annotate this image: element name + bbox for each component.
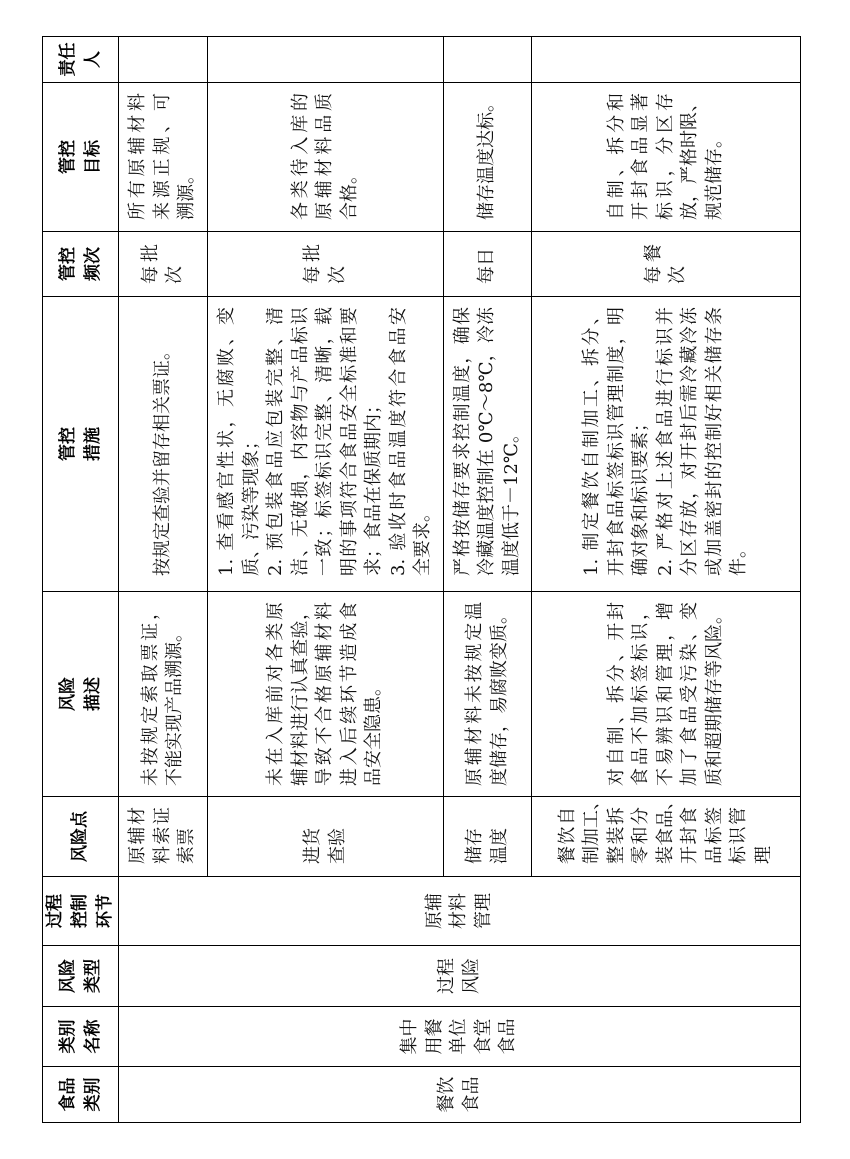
header-line: 人 <box>81 37 106 82</box>
cell-control-frequency: 每日 <box>444 232 532 297</box>
cell-risk-point: 原辅材 料索证 索票 <box>119 797 208 877</box>
text-line: 不能实现产品溯源。 <box>163 602 188 786</box>
text-line: 索票 <box>175 807 200 864</box>
cell-responsible-person <box>532 37 801 83</box>
text-line: 度储存，易腐败变质。 <box>488 602 513 786</box>
text-line: 理 <box>752 807 777 864</box>
header-line: 风险 <box>56 946 81 1006</box>
text-line: 原辅材 <box>126 807 151 864</box>
header-line: 环节 <box>93 877 118 945</box>
text-line: 合格。 <box>338 93 363 220</box>
header-line: 过程 <box>43 877 68 945</box>
text-line: 2. 预包装食品应包装完整、清 <box>264 307 289 576</box>
text-line: 每批 <box>139 244 164 284</box>
cell-control-measures: 1. 查看感官性状，无腐败、变 质、污染等现象； 2. 预包装食品应包装完整、清… <box>208 297 444 592</box>
cell-control-target: 所有原辅材料 来源正规、可 溯源。 <box>119 83 208 232</box>
text-line: 每批 <box>301 244 326 284</box>
text-line: 食品不加标签标识， <box>629 602 654 786</box>
header-category-name: 类别 名称 <box>43 1007 119 1067</box>
text-line: 温度低于－12℃。 <box>500 307 525 576</box>
header-line: 类型 <box>81 946 106 1006</box>
text-line: 确对象和标识要素； <box>629 307 654 576</box>
header-row: 食品 类别 类别 名称 风险 类型 过程 控制 环节 风险点 风险 描述 管控 … <box>43 37 119 1123</box>
text-line: 规范储存。 <box>703 93 728 220</box>
header-line: 食品 <box>56 1067 81 1122</box>
text-line: 1. 制定餐饮自制加工、拆分、 <box>580 307 605 576</box>
text-line: 或加盖密封的控制好相关储存条 <box>703 307 728 576</box>
header-line: 措施 <box>81 297 106 591</box>
cell-responsible-person <box>208 37 444 83</box>
cell-responsible-person <box>444 37 532 83</box>
text-line: 风险 <box>460 950 485 1002</box>
header-line: 风险 <box>56 592 81 796</box>
text-line: 餐饮 <box>435 1071 460 1118</box>
text-line: 开封食品显著 <box>629 93 654 220</box>
cell-risk-type: 过程 风险 <box>119 946 801 1007</box>
text-line: 用餐 <box>423 1011 448 1062</box>
text-line: 不易辨识和管理，增 <box>654 602 679 786</box>
cell-control-frequency: 每批 次 <box>119 232 208 297</box>
header-line: 频次 <box>81 232 106 296</box>
header-line: 管控 <box>56 297 81 591</box>
cell-control-frequency: 每餐 次 <box>532 232 801 297</box>
text-line: 加了食品受污染、变 <box>678 602 703 786</box>
text-line: 溯源。 <box>175 93 200 220</box>
cell-category-name: 集中 用餐 单位 食堂 食品 <box>119 1007 801 1067</box>
document-page: 食品 类别 类别 名称 风险 类型 过程 控制 环节 风险点 风险 描述 管控 … <box>0 0 850 1159</box>
cell-risk-description: 对自制、拆分、开封 食品不加标签标识， 不易辨识和管理，增 加了食品受污染、变 … <box>532 592 801 797</box>
table-row: 餐饮 食品 集中 用餐 单位 食堂 食品 过程 风险 原辅 材料 管理 原辅材 … <box>119 37 208 1123</box>
text-line: 明的事项符合食品安全标准和要 <box>338 307 363 576</box>
text-line: 装食品、 <box>654 807 679 864</box>
risk-control-table: 食品 类别 类别 名称 风险 类型 过程 控制 环节 风险点 风险 描述 管控 … <box>42 36 801 1123</box>
header-risk-type: 风险 类型 <box>43 946 119 1007</box>
text-line: 开封食 <box>678 807 703 864</box>
header-line: 风险点 <box>68 797 93 876</box>
text-line: 材料 <box>447 881 472 941</box>
text-line: 未在入库前对各类原 <box>264 602 289 786</box>
header-line: 控制 <box>68 877 93 945</box>
header-line: 类别 <box>56 1007 81 1066</box>
cell-control-measures: 1. 制定餐饮自制加工、拆分、 开封食品标签标识管理制度，明 确对象和标识要素；… <box>532 297 801 592</box>
text-line: 单位 <box>447 1011 472 1062</box>
text-line: 进货 <box>301 807 326 864</box>
cell-control-target: 储存温度达标。 <box>444 83 532 232</box>
header-control-measures: 管控 措施 <box>43 297 119 592</box>
cell-process-step: 原辅 材料 管理 <box>119 877 801 946</box>
text-line: 分区存放，对开封后需冷藏冷冻 <box>678 307 703 576</box>
text-line: 进入后续环节造成食 <box>338 602 363 786</box>
cell-control-measures: 按规定查验并留存相关票证。 <box>119 297 208 592</box>
text-line: 标识管 <box>727 807 752 864</box>
text-line: 1. 查看感官性状，无腐败、变 <box>215 307 240 576</box>
text-line: 导致不合格原辅材料 <box>313 602 338 786</box>
header-line: 类别 <box>81 1067 106 1122</box>
text-line: 放，严格时限、 <box>678 93 703 220</box>
text-line: 储存温度达标。 <box>475 93 500 220</box>
header-line: 责任 <box>56 37 81 82</box>
text-line: 每日 <box>475 244 500 284</box>
text-line: 质和超期储存等风险。 <box>703 602 728 786</box>
header-risk-description: 风险 描述 <box>43 592 119 797</box>
text-line: 查验 <box>326 807 351 864</box>
header-process-step: 过程 控制 环节 <box>43 877 119 946</box>
text-line: 严格按储存要求控制温度，确保 <box>451 307 476 576</box>
text-line: 品安全隐患。 <box>362 602 387 786</box>
cell-risk-point: 餐饮自 制加工、 整装拆 零和分 装食品、 开封食 品标签 标识管 理 <box>532 797 801 877</box>
text-line: 一致；标签标识完整、清晰，载 <box>313 307 338 576</box>
text-line: 次 <box>163 244 188 284</box>
cell-control-frequency: 每批 次 <box>208 232 444 297</box>
text-line: 全要求。 <box>411 307 436 576</box>
cell-control-measures: 严格按储存要求控制温度，确保 冷藏温度控制在 0℃～8℃，冷冻 温度低于－12℃… <box>444 297 532 592</box>
text-line: 整装拆 <box>605 807 630 864</box>
cell-food-category: 餐饮 食品 <box>119 1067 801 1123</box>
text-line: 管理 <box>472 881 497 941</box>
header-responsible-person: 责任 人 <box>43 37 119 83</box>
text-line: 自制、拆分和 <box>605 93 630 220</box>
text-line: 按规定查验并留存相关票证。 <box>151 307 176 576</box>
text-line: 餐饮自 <box>556 807 581 864</box>
header-line: 管控 <box>56 83 81 231</box>
text-line: 料索证 <box>151 807 176 864</box>
header-line: 管控 <box>56 232 81 296</box>
text-line: 来源正规、可 <box>151 93 176 220</box>
text-line: 辅材料进行认真查验， <box>289 602 314 786</box>
cell-control-target: 各类待入库的 原辅材料品质 合格。 <box>208 83 444 232</box>
text-line: 温度 <box>488 807 513 864</box>
header-control-frequency: 管控 频次 <box>43 232 119 297</box>
text-line: 对自制、拆分、开封 <box>605 602 630 786</box>
text-line: 所有原辅材料 <box>126 93 151 220</box>
text-line: 食堂 <box>472 1011 497 1062</box>
text-line: 食品 <box>460 1071 485 1118</box>
cell-risk-description: 未按规定索取票证， 不能实现产品溯源。 <box>119 592 208 797</box>
text-line: 件。 <box>727 307 752 576</box>
text-line: 零和分 <box>629 807 654 864</box>
cell-risk-point: 储存 温度 <box>444 797 532 877</box>
header-control-target: 管控 目标 <box>43 83 119 232</box>
header-line: 名称 <box>81 1007 106 1066</box>
text-line: 原辅材料品质 <box>313 93 338 220</box>
text-line: 食品 <box>496 1011 521 1062</box>
text-line: 2. 严格对上述食品进行标识并 <box>654 307 679 576</box>
text-line: 各类待入库的 <box>289 93 314 220</box>
text-line: 标识，分区存 <box>654 93 679 220</box>
header-food-category: 食品 类别 <box>43 1067 119 1123</box>
text-line: 原辅材料未按规定温 <box>463 602 488 786</box>
cell-risk-description: 原辅材料未按规定温 度储存，易腐败变质。 <box>444 592 532 797</box>
text-line: 3. 验收时食品温度符合食品安 <box>387 307 412 576</box>
header-line: 描述 <box>81 592 106 796</box>
text-line: 每餐 <box>642 244 667 284</box>
text-line: 开封食品标签标识管理制度，明 <box>605 307 630 576</box>
cell-risk-description: 未在入库前对各类原 辅材料进行认真查验， 导致不合格原辅材料 进入后续环节造成食… <box>208 592 444 797</box>
text-line: 求；食品在保质期内； <box>362 307 387 576</box>
header-risk-point: 风险点 <box>43 797 119 877</box>
text-line: 原辅 <box>423 881 448 941</box>
header-line: 目标 <box>81 83 106 231</box>
text-line: 集中 <box>398 1011 423 1062</box>
text-line: 品标签 <box>703 807 728 864</box>
text-line: 冷藏温度控制在 0℃～8℃，冷冻 <box>475 307 500 576</box>
text-line: 质、污染等现象； <box>240 307 265 576</box>
text-line: 洁、无破损，内容物与产品标识 <box>289 307 314 576</box>
cell-control-target: 自制、拆分和 开封食品显著 标识，分区存 放，严格时限、 规范储存。 <box>532 83 801 232</box>
text-line: 次 <box>326 244 351 284</box>
cell-responsible-person <box>119 37 208 83</box>
text-line: 制加工、 <box>580 807 605 864</box>
cell-risk-point: 进货 查验 <box>208 797 444 877</box>
text-line: 次 <box>666 244 691 284</box>
text-line: 储存 <box>463 807 488 864</box>
text-line: 过程 <box>435 950 460 1002</box>
text-line: 未按规定索取票证， <box>139 602 164 786</box>
